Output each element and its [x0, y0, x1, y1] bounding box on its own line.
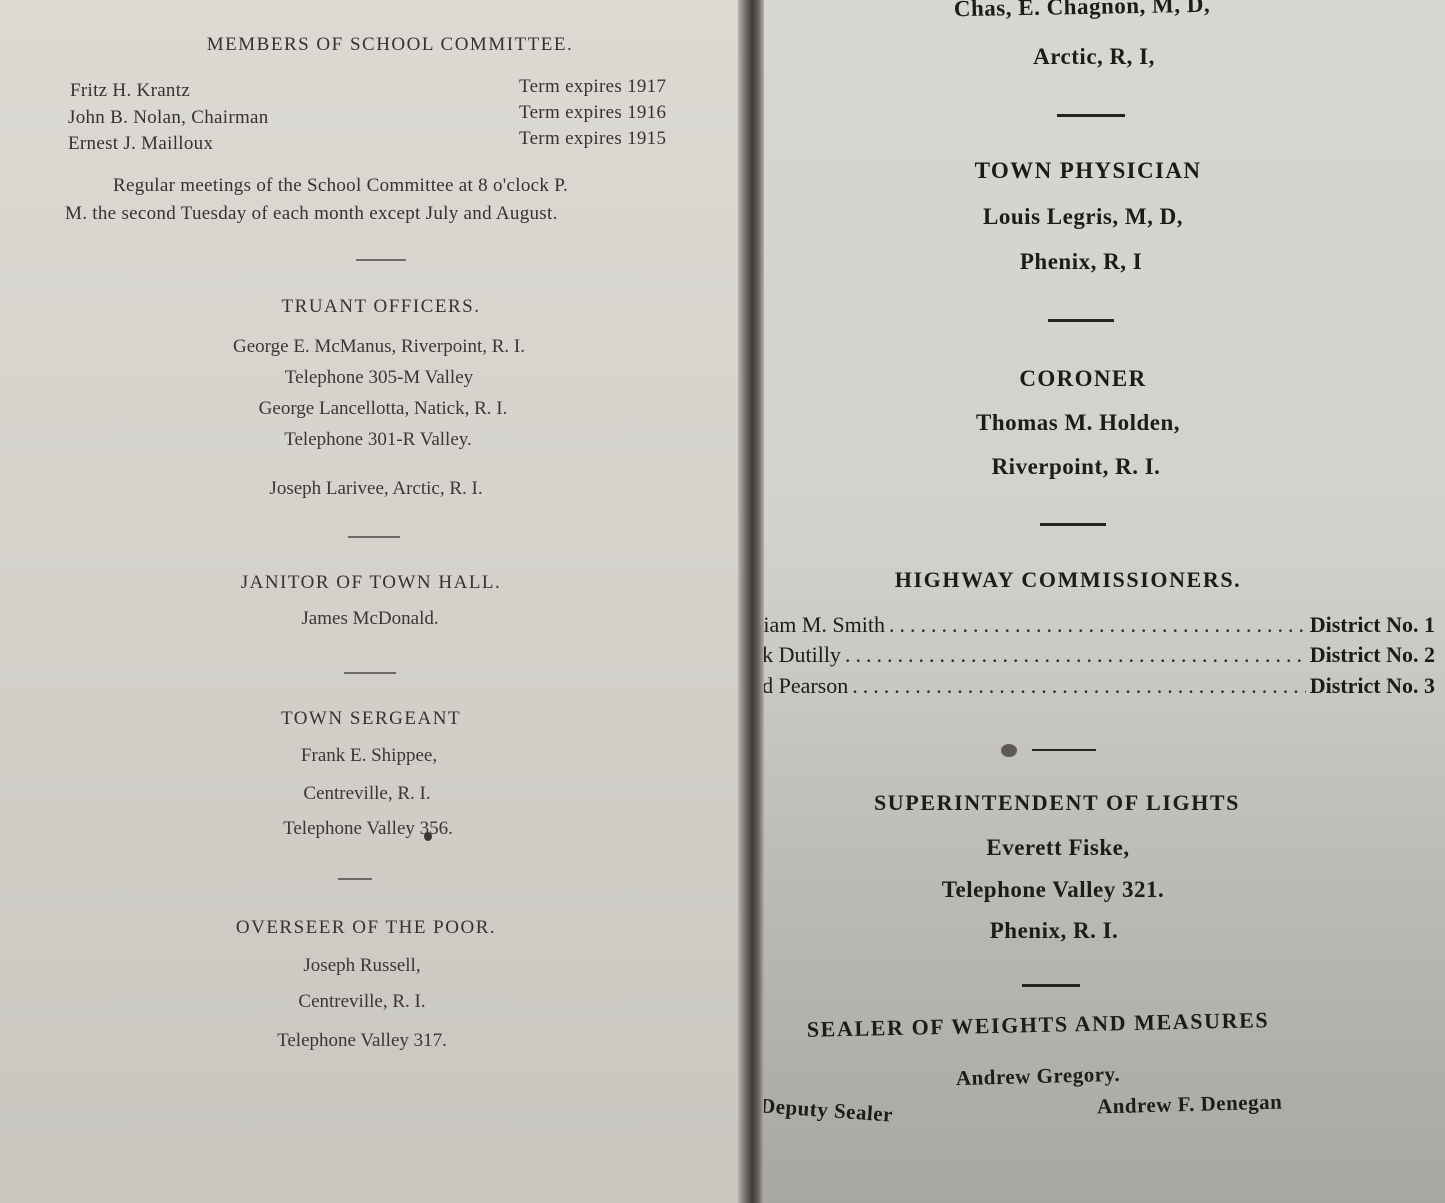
highway-row: illiam M. Smith ........................…: [745, 612, 1435, 638]
district-label: District No. 3: [1310, 673, 1435, 699]
book-spine-gutter: [738, 0, 764, 1203]
committee-member-name: Ernest J. Mailloux: [68, 133, 213, 155]
town-physician-line: Louis Legris, M, D,: [983, 204, 1183, 230]
coroner-heading: CORONER: [1019, 366, 1146, 392]
town-sergeant-heading: TOWN SERGEANT: [281, 708, 461, 730]
section-divider: [1057, 114, 1125, 117]
truant-officer-line: Telephone 305-M Valley: [285, 367, 473, 389]
dot-leader: ........................................…: [889, 612, 1306, 638]
sealer-name: Andrew Gregory.: [956, 1062, 1121, 1091]
highway-row: ark Dutilly ............................…: [745, 642, 1435, 668]
section-divider: [1022, 984, 1080, 987]
truant-officer-line: Telephone 301-R Valley.: [284, 429, 472, 451]
section-divider: [344, 672, 396, 674]
section-divider: [1048, 319, 1114, 322]
section-divider: [1032, 749, 1096, 751]
top-entry-line: Arctic, R, I,: [1033, 44, 1155, 70]
deputy-sealer-name: Andrew F. Denegan: [1097, 1090, 1283, 1120]
district-label: District No. 2: [1310, 642, 1435, 668]
district-label: District No. 1: [1310, 612, 1435, 638]
overseer-line: Joseph Russell,: [303, 955, 420, 977]
superintendent-line: Telephone Valley 321.: [942, 877, 1164, 903]
meeting-note-line-2: M. the second Tuesday of each month exce…: [65, 203, 558, 225]
highway-row: red Pearson ............................…: [745, 673, 1435, 699]
janitor-name: James McDonald.: [301, 608, 438, 630]
committee-member-term: Term expires 1917: [519, 76, 666, 98]
superintendent-heading: SUPERINTENDENT OF LIGHTS: [874, 790, 1240, 816]
overseer-heading: OVERSEER OF THE POOR.: [236, 917, 496, 939]
superintendent-line: Phenix, R. I.: [990, 918, 1119, 944]
town-physician-heading: TOWN PHYSICIAN: [975, 158, 1202, 184]
town-physician-line: Phenix, R, I: [1020, 249, 1142, 275]
committee-member-name: Fritz H. Krantz: [70, 80, 190, 102]
ink-blot: [1001, 744, 1017, 757]
dot-leader: ........................................…: [852, 673, 1306, 699]
truant-officer-line: Joseph Larivee, Arctic, R. I.: [269, 478, 482, 500]
town-sergeant-line: Frank E. Shippee,: [301, 745, 437, 767]
section-divider: [348, 536, 400, 538]
school-committee-heading: MEMBERS OF SCHOOL COMMITTEE.: [207, 34, 573, 56]
truant-officer-line: George E. McManus, Riverpoint, R. I.: [233, 336, 525, 358]
truant-officers-heading: TRUANT OFFICERS.: [282, 296, 481, 318]
overseer-line: Telephone Valley 317.: [277, 1030, 447, 1052]
section-divider: [1040, 523, 1106, 526]
section-divider: [356, 259, 406, 261]
coroner-line: Riverpoint, R. I.: [992, 454, 1161, 480]
committee-member-name: John B. Nolan, Chairman: [68, 107, 269, 129]
highway-commissioners-heading: HIGHWAY COMMISSIONERS.: [895, 567, 1242, 593]
truant-officer-line: George Lancellotta, Natick, R. I.: [259, 398, 508, 420]
left-page: MEMBERS OF SCHOOL COMMITTEE. Fritz H. Kr…: [0, 0, 752, 1203]
committee-member-term: Term expires 1916: [519, 102, 666, 124]
meeting-note-line-1: Regular meetings of the School Committee…: [113, 175, 568, 197]
janitor-heading: JANITOR OF TOWN HALL.: [241, 572, 502, 594]
ink-blot: [424, 832, 432, 841]
dot-leader: ........................................…: [845, 642, 1306, 668]
committee-member-term: Term expires 1915: [519, 128, 666, 150]
town-sergeant-line: Centreville, R. I.: [303, 783, 430, 805]
coroner-line: Thomas M. Holden,: [976, 410, 1180, 436]
overseer-line: Centreville, R. I.: [298, 991, 425, 1013]
commissioner-name: illiam M. Smith: [745, 612, 885, 638]
superintendent-line: Everett Fiske,: [986, 835, 1129, 861]
section-divider: [338, 878, 372, 880]
